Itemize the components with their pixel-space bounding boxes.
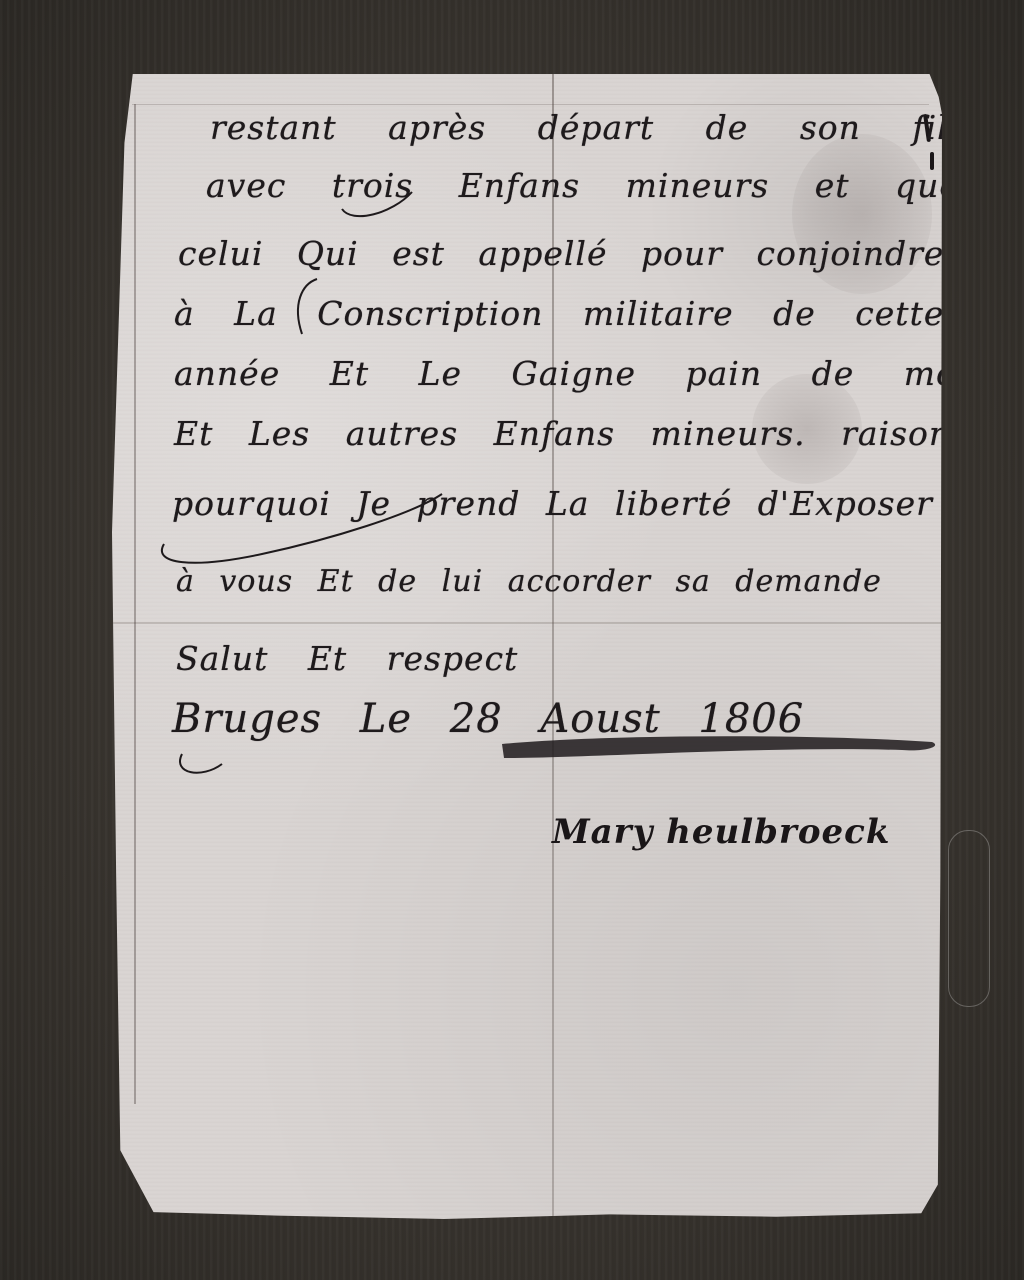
photograph: restant après départ de son fils avec tr… [0, 0, 1024, 1280]
letter-line-1: restant après départ de son fils [210, 108, 967, 147]
letter-line-9: Salut Et respect [176, 639, 518, 678]
dateline: Bruges Le 28 Aoust 1806 [172, 696, 804, 742]
letter-line-6: Et Les autres Enfans mineurs. raison [174, 414, 951, 453]
glare-reflection [948, 830, 990, 1007]
fold-line-horizontal [112, 622, 942, 624]
letter-line-8: à vous Et de lui accorder sa demande [176, 564, 882, 599]
letter-line-2: avec trois Enfans mineurs et que [206, 166, 960, 205]
fold-line-top [132, 104, 929, 105]
letter-line-7: pourquoi Je prend La liberté d'Exposer [172, 484, 933, 523]
letter-line-3: celui Qui est appellé pour conjoindre [178, 234, 944, 273]
letter-line-4: à La Conscription militaire de cette [174, 294, 944, 333]
letter-paper: restant après départ de son fils avec tr… [112, 74, 942, 1219]
signature: Mary heulbroeck [552, 812, 890, 852]
left-crease [134, 104, 136, 1104]
letter-line-5: année Et Le Gaigne pain de moi [174, 354, 968, 393]
